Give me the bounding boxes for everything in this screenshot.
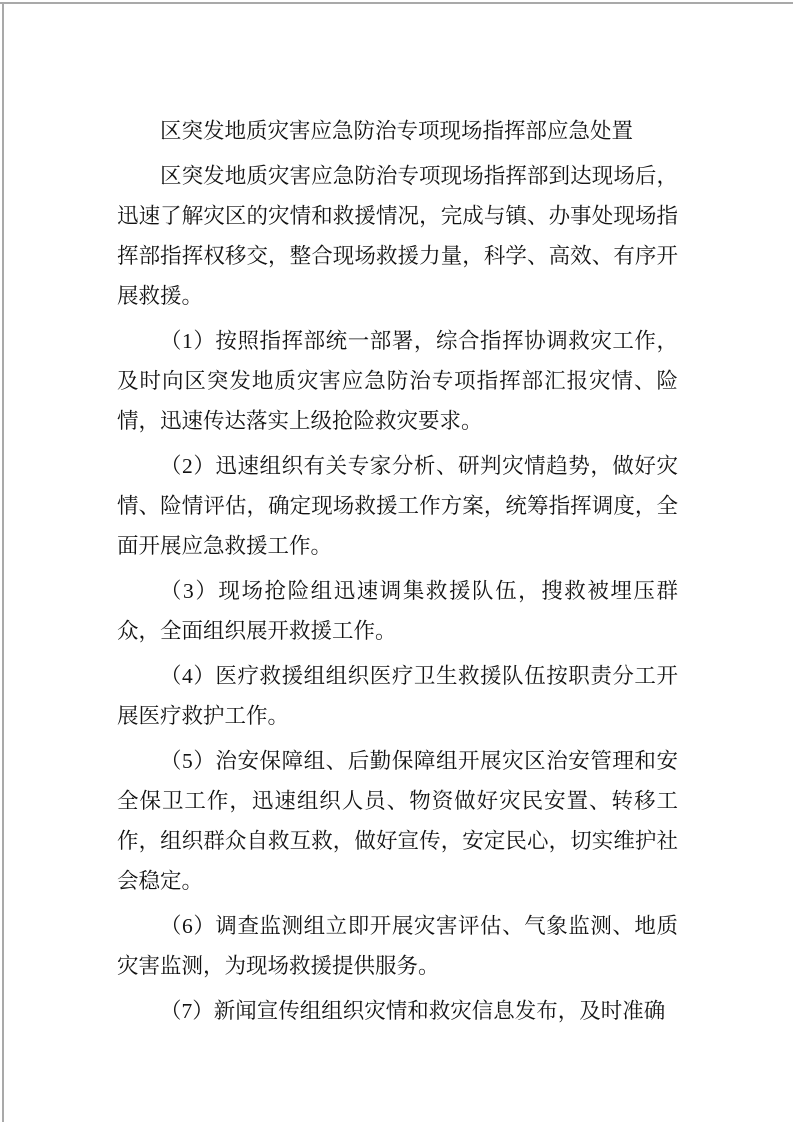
paragraph-item-3: （3）现场抢险组迅速调集救援队伍，搜救被埋压群众，全面组织展开救援工作。 [117,571,678,651]
paragraph-item-5: （5）治安保障组、后勤保障组开展灾区治安管理和安全保卫工作，迅速组织人员、物资做… [117,741,678,901]
paragraph-intro: 区突发地质灾害应急防治专项现场指挥部到达现场后，迅速了解灾区的灾情和救援情况，完… [117,156,678,316]
paragraph-item-4: （4）医疗救援组组织医疗卫生救援队伍按职责分工开展医疗救护工作。 [117,656,678,736]
paragraph-item-7: （7）新闻宣传组组织灾情和救灾信息发布，及时准确 [117,991,678,1031]
paragraph-item-6: （6）调查监测组立即开展灾害评估、气象监测、地质灾害监测，为现场救援提供服务。 [117,906,678,986]
document-title: 区突发地质灾害应急防治专项现场指挥部应急处置 [117,111,678,151]
document-page: 区突发地质灾害应急防治专项现场指挥部应急处置 区突发地质灾害应急防治专项现场指挥… [0,0,793,1122]
paragraph-item-2: （2）迅速组织有关专家分析、研判灾情趋势，做好灾情、险情评估，确定现场救援工作方… [117,446,678,566]
page-edge-left-line [2,2,4,1122]
paragraph-item-1: （1）按照指挥部统一部署，综合指挥协调救灾工作，及时向区突发地质灾害应急防治专项… [117,321,678,441]
page-edge-top-line [0,2,793,4]
document-body: 区突发地质灾害应急防治专项现场指挥部应急处置 区突发地质灾害应急防治专项现场指挥… [117,111,678,1031]
